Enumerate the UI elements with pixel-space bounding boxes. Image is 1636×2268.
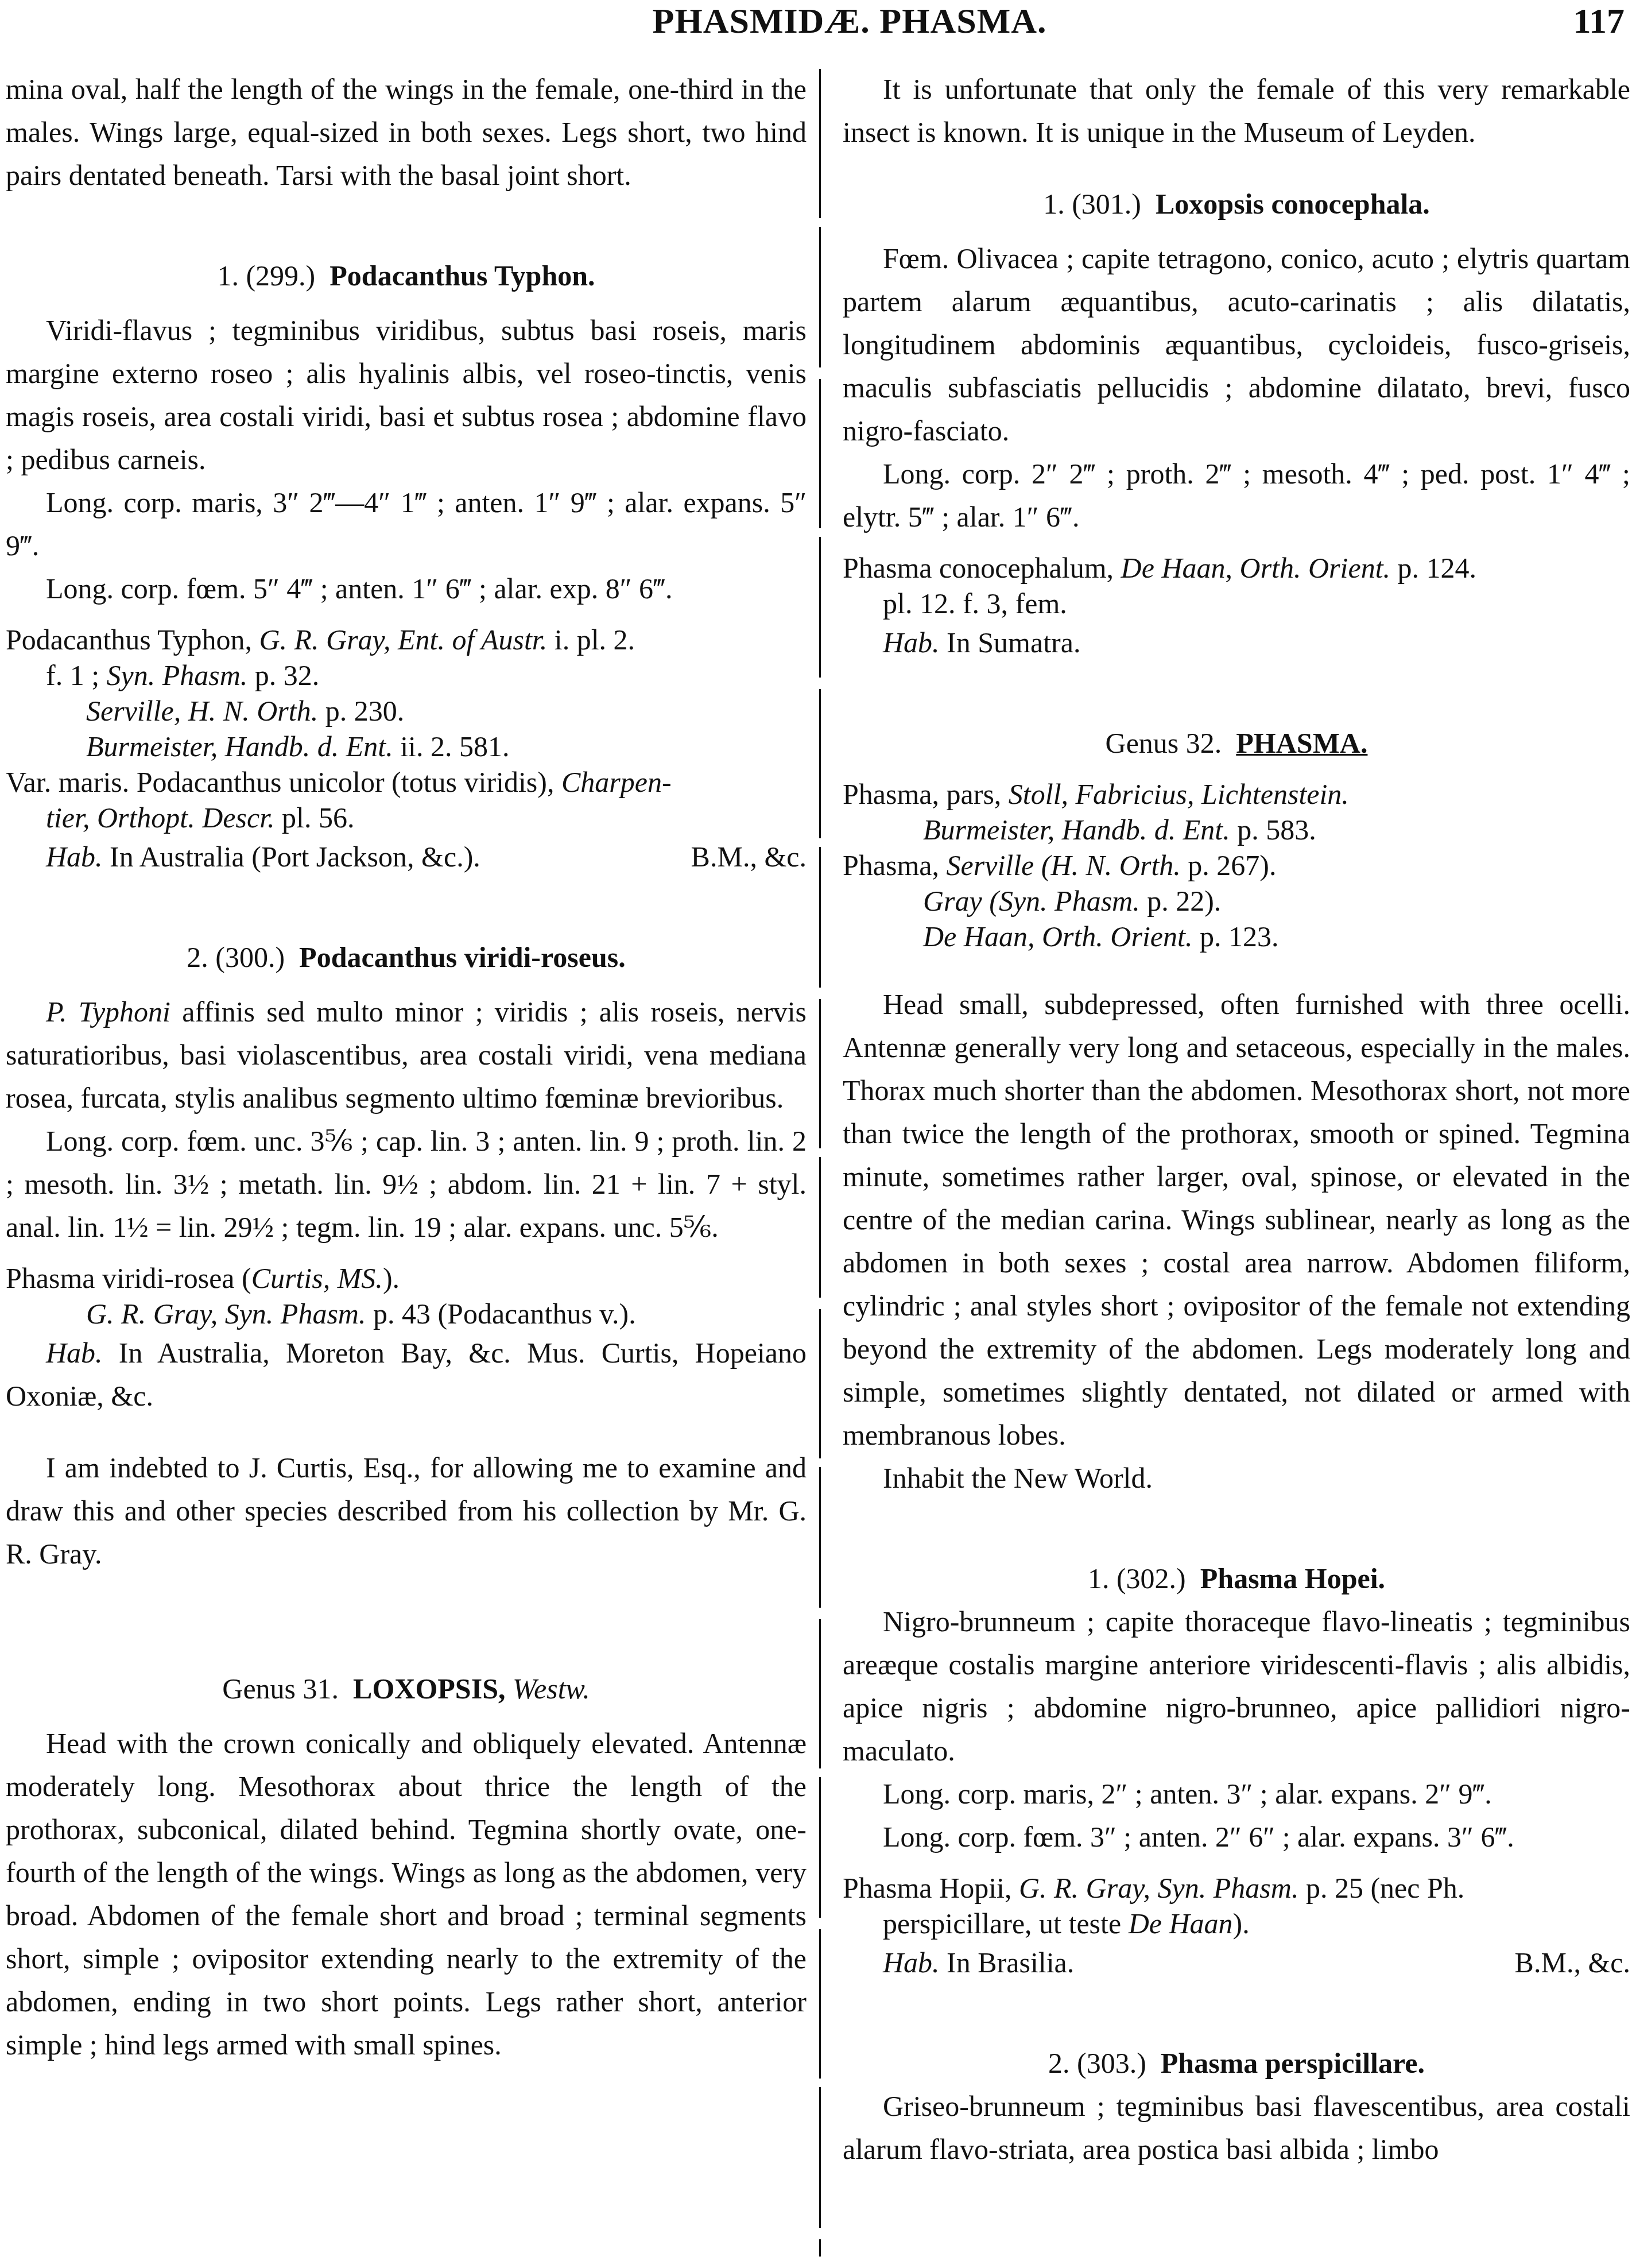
reference: Serville, H. N. Orth. p. 230. [6,693,807,729]
species-name: Phasma perspicillare. [1161,2047,1425,2079]
habitat: Hab. In Australia, Moreton Bay, &c. Mus.… [6,1332,807,1418]
species-number: 1. (299.) [217,260,315,292]
species-number: 1. (301.) [1043,188,1141,220]
species-number: 2. (300.) [187,941,285,973]
species-heading-302: 1. (302.) Phasma Hopei. [843,1557,1630,1600]
species-number: 2. (303.) [1048,2047,1146,2079]
measurements-female: Long. corp. fœm. 3″ ; anten. 2″ 6″ ; ala… [843,1816,1630,1859]
reference: Podacanthus Typhon, G. R. Gray, Ent. of … [6,622,807,657]
genus-name: PHASMA. [1236,727,1367,759]
species-name: Podacanthus Typhon. [329,260,595,292]
species-name: Podacanthus viridi-roseus. [299,941,626,973]
page-header: PHASMIDÆ. PHASMA. 117 [0,0,1636,46]
reference: G. R. Gray, Syn. Phasm. p. 43 (Podacanth… [6,1296,807,1332]
genus-description: Head small, subdepressed, often furnishe… [843,983,1630,1457]
reference: f. 1 ; Syn. Phasm. p. 32. [6,657,807,693]
variety-reference: Var. maris. Podacanthus unicolor (totus … [6,764,807,800]
species-name: Loxopsis conocephala. [1156,188,1430,220]
left-column: mina oval, half the length of the wings … [6,68,807,2066]
genus-heading-31: Genus 31. LOXOPSIS, Westw. [6,1667,807,1710]
habitat: Hab. In Australia (Port Jackson, &c.). B… [6,835,807,878]
collection: B.M., &c. [691,835,807,878]
reference: perspicillare, ut teste De Haan). [843,1906,1630,1941]
measurements-male: Long. corp. maris, 3″ 2‴—4″ 1‴ ; anten. … [6,481,807,567]
variety-reference: tier, Orthopt. Descr. pl. 56. [6,800,807,835]
column-divider [819,69,821,2257]
measurements: Long. corp. fœm. unc. 3⅚ ; cap. lin. 3 ;… [6,1120,807,1249]
intro-paragraph: It is unfortunate that only the female o… [843,68,1630,154]
genus-description: Head with the crown conically and obliqu… [6,1722,807,2066]
intro-paragraph: mina oval, half the length of the wings … [6,68,807,197]
species-number: 1. (302.) [1088,1562,1186,1594]
synonymy: Burmeister, Handb. d. Ent. p. 583. [843,812,1630,847]
species-description: Griseo-brunneum ; tegminibus basi flaves… [843,2085,1630,2171]
acknowledgement: I am indebted to J. Curtis, Esq., for al… [6,1446,807,1576]
reference: Phasma viridi-rosea (Curtis, MS.). [6,1260,807,1296]
collection: B.M., &c. [1515,1941,1630,1984]
habitat: Hab. In Brasilia. B.M., &c. [843,1941,1630,1984]
species-description: Viridi-flavus ; tegminibus viridibus, su… [6,309,807,481]
species-description: P. Typhoni affinis sed multo minor ; vir… [6,990,807,1120]
synonymy: De Haan, Orth. Orient. p. 123. [843,919,1630,954]
habitat: Hab. In Sumatra. [843,621,1630,664]
synonymy: Phasma, pars, Stoll, Fabricius, Lichtens… [843,776,1630,812]
synonymy: Phasma, Serville (H. N. Orth. p. 267). [843,847,1630,883]
measurements: Long. corp. 2″ 2‴ ; proth. 2‴ ; mesoth. … [843,452,1630,539]
genus-author: Westw. [513,1673,590,1705]
reference: pl. 12. f. 3, fem. [843,586,1630,621]
genus-heading-32: Genus 32. PHASMA. [843,722,1630,765]
right-column: It is unfortunate that only the female o… [843,68,1630,2171]
species-description: Nigro-brunneum ; capite thoraceque flavo… [843,1600,1630,1772]
species-heading-299: 1. (299.) Podacanthus Typhon. [6,254,807,297]
reference: Phasma Hopii, G. R. Gray, Syn. Phasm. p.… [843,1870,1630,1906]
reference: Burmeister, Handb. d. Ent. ii. 2. 581. [6,729,807,764]
reference: Phasma conocephalum, De Haan, Orth. Orie… [843,550,1630,586]
species-heading-300: 2. (300.) Podacanthus viridi-roseus. [6,936,807,979]
species-name: Phasma Hopei. [1200,1562,1385,1594]
species-heading-301: 1. (301.) Loxopsis conocephala. [843,183,1630,226]
measurements-female: Long. corp. fœm. 5″ 4‴ ; anten. 1″ 6‴ ; … [6,567,807,610]
measurements-male: Long. corp. maris, 2″ ; anten. 3″ ; alar… [843,1772,1630,1816]
page-number: 117 [1573,1,1625,42]
genus-distribution: Inhabit the New World. [843,1457,1630,1500]
running-head: PHASMIDÆ. PHASMA. [620,1,1079,42]
synonymy: Gray (Syn. Phasm. p. 22). [843,883,1630,919]
genus-name: LOXOPSIS, [353,1673,505,1705]
species-description: Fœm. Olivacea ; capite tetragono, conico… [843,237,1630,452]
species-heading-303: 2. (303.) Phasma perspicillare. [843,2042,1630,2085]
